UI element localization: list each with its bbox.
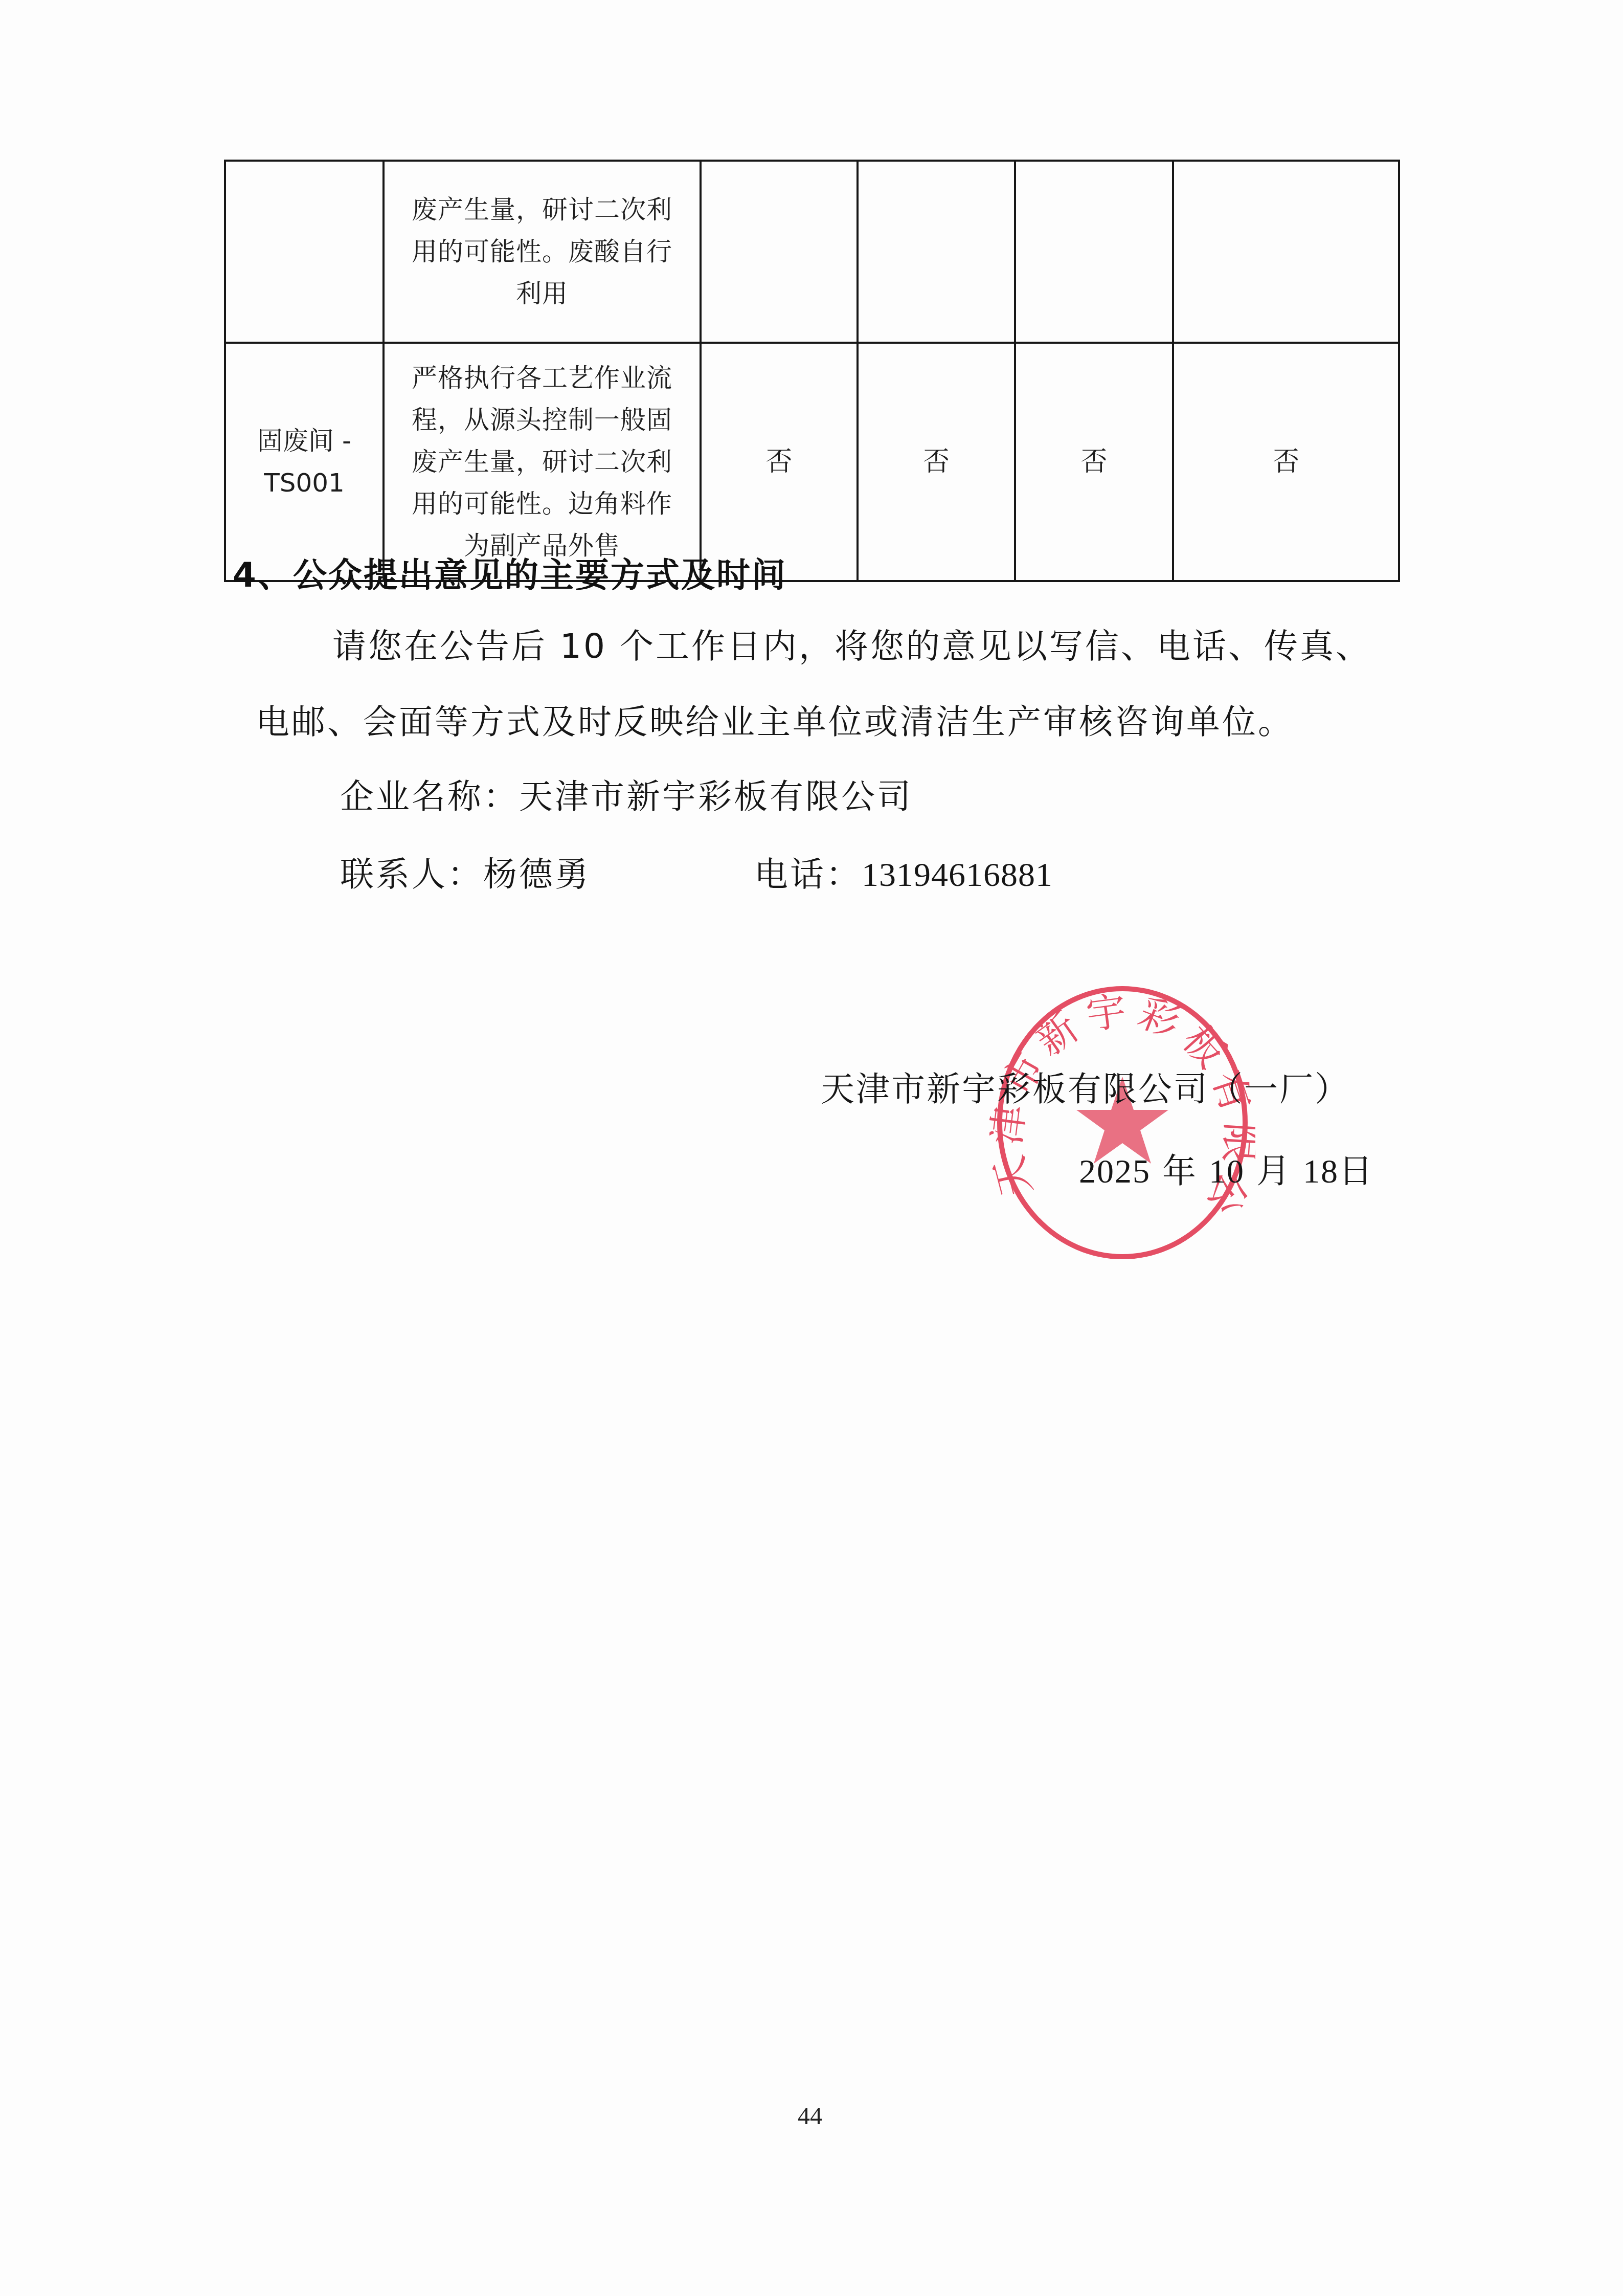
date-year-unit: 年 bbox=[1162, 1151, 1197, 1191]
date-month: 10 bbox=[1209, 1153, 1245, 1190]
date-year: 2025 bbox=[1079, 1153, 1151, 1190]
measure-line: 程，从源头控制一般固 bbox=[400, 399, 684, 441]
phone-number: 13194616881 bbox=[862, 856, 1053, 894]
location-line: 固废间 - bbox=[226, 420, 382, 462]
company-name: 天津市新宇彩板有限公司 bbox=[519, 777, 913, 816]
location-line: TS001 bbox=[226, 462, 382, 504]
measure-cell: 严格执行各工艺作业流 程，从源头控制一般固 废产生量，研讨二次利 用的可能性。边… bbox=[384, 343, 701, 581]
value-cell bbox=[858, 161, 1015, 343]
date-month-unit: 月 bbox=[1256, 1151, 1291, 1191]
contact-name: 杨德勇 bbox=[483, 855, 591, 894]
table-row: 固废间 - TS001 严格执行各工艺作业流 程，从源头控制一般固 废产生量，研… bbox=[225, 343, 1399, 581]
value-cell bbox=[1015, 161, 1173, 343]
measure-line: 用的可能性。边角料作 bbox=[400, 483, 684, 525]
measure-line: 严格执行各工艺作业流 bbox=[400, 357, 684, 399]
signature-company: 天津市新宇彩板有限公司（一厂） bbox=[821, 1064, 1350, 1115]
company-info: 企业名称：天津市新宇彩板有限公司 bbox=[340, 771, 913, 822]
value-cell: 否 bbox=[1173, 343, 1399, 581]
value-cell: 否 bbox=[1015, 343, 1173, 581]
paragraph-line: 电邮、会面等方式及时反映给业主单位或清洁生产审核咨询单位。 bbox=[256, 697, 1294, 748]
location-cell: 固废间 - TS001 bbox=[225, 343, 384, 581]
value-cell: 否 bbox=[858, 343, 1015, 581]
contact-info: 联系人：杨德勇 bbox=[340, 849, 591, 900]
measure-line: 废产生量，研讨二次利 bbox=[400, 441, 684, 483]
contact-label: 联系人： bbox=[340, 855, 483, 894]
measure-cell: 废产生量，研讨二次利 用的可能性。废酸自行 利用 bbox=[384, 161, 701, 343]
value-cell bbox=[1173, 161, 1399, 343]
table-row: 废产生量，研讨二次利 用的可能性。废酸自行 利用 bbox=[225, 161, 1399, 343]
date-day: 18 bbox=[1303, 1153, 1339, 1190]
value-cell bbox=[701, 161, 858, 343]
paragraph-line: 请您在公告后 10 个工作日内，将您的意见以写信、电话、传真、 bbox=[332, 621, 1371, 672]
measure-line: 废产生量，研讨二次利 bbox=[400, 189, 684, 231]
document-page: 废产生量，研讨二次利 用的可能性。废酸自行 利用 固废间 - TS001 严格执… bbox=[0, 0, 1623, 2296]
measure-line: 利用 bbox=[400, 273, 684, 315]
phone-label: 电话： bbox=[754, 855, 862, 894]
value-cell: 否 bbox=[701, 343, 858, 581]
signature-date: 2025 年 10 月 18日 bbox=[1079, 1146, 1373, 1197]
company-label: 企业名称： bbox=[340, 777, 519, 816]
cleaner-production-measures-table: 废产生量，研讨二次利 用的可能性。废酸自行 利用 固废间 - TS001 严格执… bbox=[224, 160, 1400, 582]
location-cell bbox=[225, 161, 384, 343]
official-seal-stamp-icon: 天津市新宇彩板有限公 bbox=[989, 979, 1255, 1266]
measure-line: 用的可能性。废酸自行 bbox=[400, 231, 684, 273]
date-day-unit: 日 bbox=[1339, 1151, 1373, 1191]
page-number: 44 bbox=[798, 2102, 822, 2130]
phone-info: 电话：13194616881 bbox=[754, 849, 1053, 901]
section-heading: 4、公众提出意见的主要方式及时间 bbox=[233, 550, 787, 601]
